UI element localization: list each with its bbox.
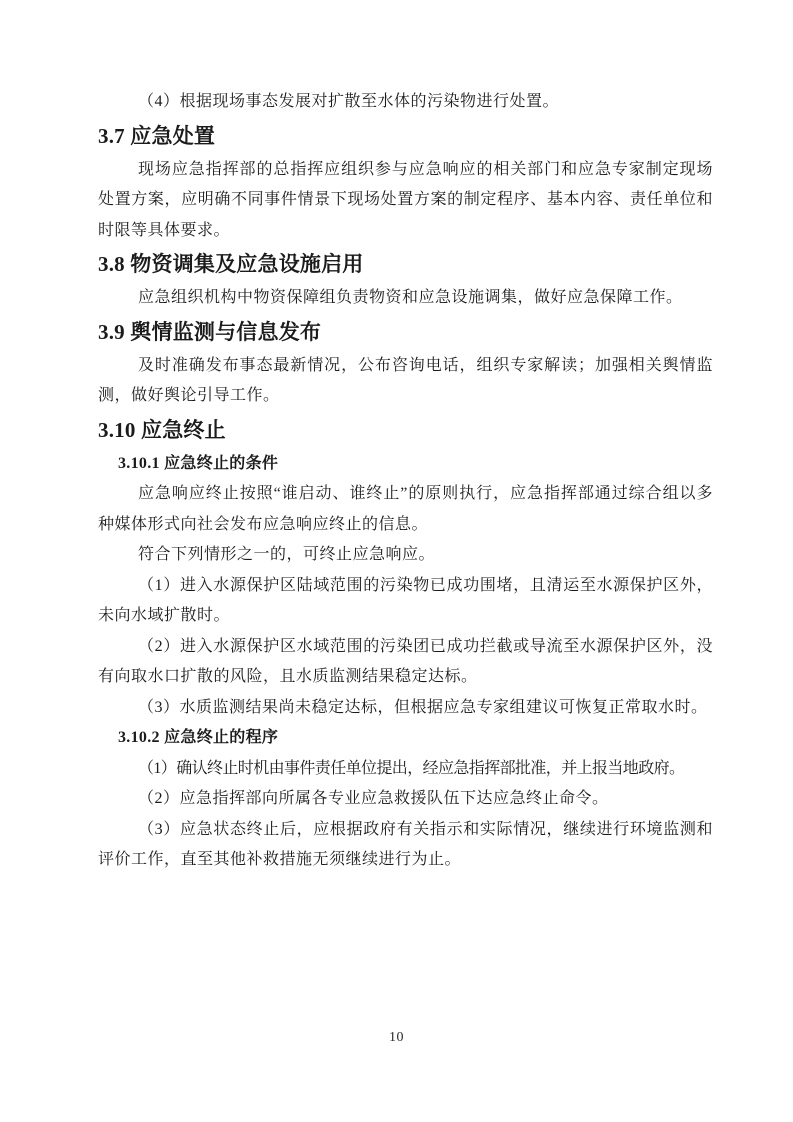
heading-3-10-2: 3.10.2 应急终止的程序 [118,723,713,754]
paragraph-procedure-1: （1）确认终止时机由事件责任单位提出，经应急指挥部批准，并上报当地政府。 [98,754,713,785]
heading-3-8: 3.8 物资调集及应急设施启用 [98,248,713,281]
paragraph-item-4: （4）根据现场事态发展对扩散至水体的污染物进行处置。 [98,87,713,118]
paragraph-3-10-1-principle: 应急响应终止按照“谁启动、谁终止”的原则执行，应急指挥部通过综合组以多种媒体形式… [98,479,713,540]
paragraph-condition-3: （3）水质监测结果尚未稳定达标，但根据应急专家组建议可恢复正常取水时。 [98,693,713,724]
heading-3-10-1: 3.10.1 应急终止的条件 [118,449,713,480]
heading-3-9: 3.9 舆情监测与信息发布 [98,316,713,349]
page-content: （4）根据现场事态发展对扩散至水体的污染物进行处置。3.7 应急处置现场应急指挥… [98,87,713,876]
paragraph-3-8: 应急组织机构中物资保障组负责物资和应急设施调集，做好应急保障工作。 [98,283,713,314]
paragraph-condition-2: （2）进入水源保护区水域范围的污染团已成功拦截或导流至水源保护区外，没有向取水口… [98,632,713,693]
paragraph-3-9: 及时准确发布事态最新情况，公布咨询电话，组织专家解读；加强相关舆情监测，做好舆论… [98,351,713,412]
document-page: （4）根据现场事态发展对扩散至水体的污染物进行处置。3.7 应急处置现场应急指挥… [0,0,793,1122]
heading-3-7: 3.7 应急处置 [98,120,713,153]
page-footer: 10 [0,1028,793,1046]
paragraph-procedure-3: （3）应急状态终止后，应根据政府有关指示和实际情况，继续进行环境监测和评价工作，… [98,815,713,876]
paragraph-3-10-1-lead: 符合下列情形之一的，可终止应急响应。 [98,540,713,571]
paragraph-3-7: 现场应急指挥部的总指挥应组织参与应急响应的相关部门和应急专家制定现场处置方案，应… [98,155,713,247]
paragraph-procedure-2: （2）应急指挥部向所属各专业应急救援队伍下达应急终止命令。 [98,784,713,815]
paragraph-condition-1: （1）进入水源保护区陆域范围的污染物已成功围堵，且清运至水源保护区外，未向水域扩… [98,571,713,632]
page-number: 10 [389,1030,404,1045]
heading-3-10: 3.10 应急终止 [98,414,713,447]
